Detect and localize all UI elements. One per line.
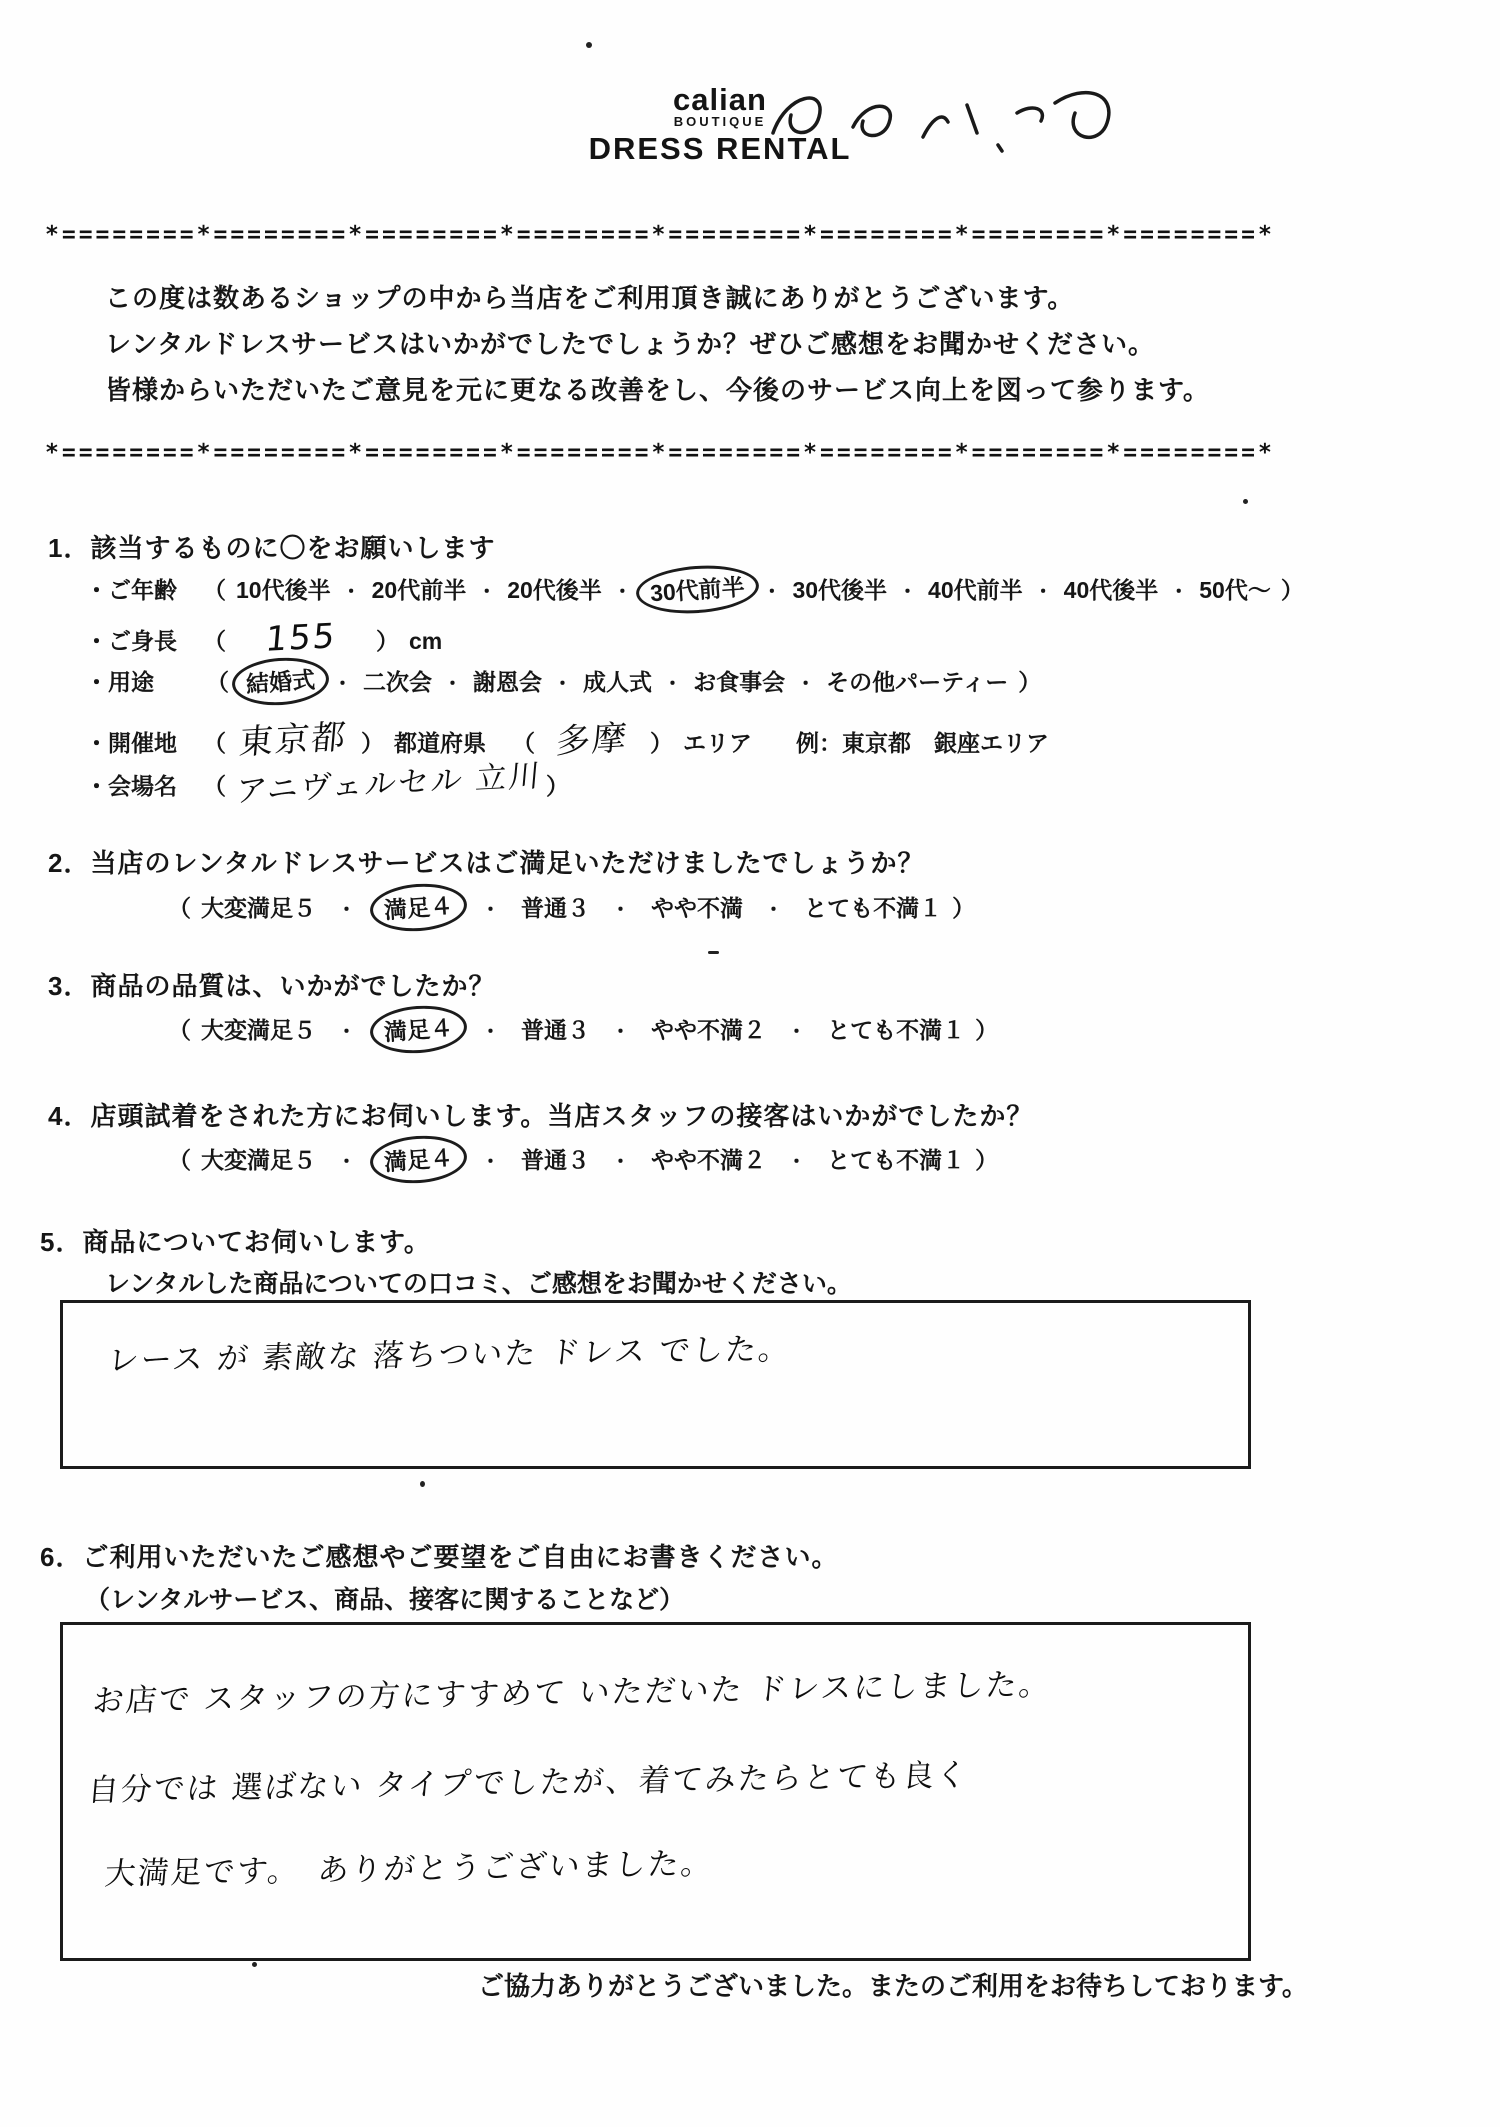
open-paren: （ [203,572,226,605]
scan-speck [252,1962,257,1967]
option-separator: ・ [1034,582,1053,603]
option-separator: ・ [337,1152,356,1173]
q3-options-row: （ 大変満足５・満足４・普通３・やや不満２・とても不満１ ） [158,1012,1008,1046]
q5-answer-handwritten: レース が 素敵な 落ちついた ドレス でした。 [106,1323,793,1380]
q4-title: 4．店頭試着をされた方にお伺いします。当店スタッフの接客はいかがでしたか？ [48,1096,1033,1133]
option-separator: ・ [333,674,352,695]
q1-height-row: ・ご身長 （ 155 ） cm [85,618,442,658]
close-paren: ） [975,1142,998,1175]
option: 謝恩会 [473,669,542,695]
q2-options-row: （ 大変満足５・満足４・普通３・やや不満・とても不満１ ） [158,890,985,924]
option: やや不満 [651,895,743,921]
option: とても不満１ [827,1017,965,1043]
option-separator: ・ [553,674,572,695]
option-separator: ・ [611,1152,630,1173]
option-separator: ・ [1169,582,1188,603]
intro-line-3: 皆様からいただいたご意見を元に更なる改善をし、今後のサービス向上を図って参ります… [105,370,1210,407]
q3-options: 大変満足５・満足４・普通３・やや不満２・とても不満１ [201,1012,965,1046]
open-paren: （ [203,768,226,801]
separator-line-top: *========*========*========*========*===… [45,222,1360,248]
height-label: ・ご身長 [85,623,177,656]
scan-speck [1243,499,1248,504]
option-separator: ・ [337,1022,356,1043]
option: とても不満１ [827,1147,965,1173]
option-separator: ・ [342,582,361,603]
close-paren: ） [650,725,673,758]
option: 20代後半 [507,577,602,603]
option-separator: ・ [477,582,496,603]
option-separator: ・ [611,1022,630,1043]
q4-options-row: （ 大変満足５・満足４・普通３・やや不満２・とても不満１ ） [158,1142,1008,1176]
q2-options: 大変満足５・満足４・普通３・やや不満・とても不満１ [201,890,942,924]
age-label: ・ご年齢 [85,572,177,605]
option-circled: 満足４ [368,1003,468,1057]
q6-answer-box: お店で スタッフの方にすすめて いただいた ドレスにしました。 自分では 選ばな… [60,1622,1251,1961]
q6-answer-line-1: お店で スタッフの方にすすめて いただいた ドレスにしました。 [91,1659,1054,1721]
option: 成人式 [583,669,652,695]
open-paren: （ [168,1012,191,1045]
open-paren: （ [203,623,226,656]
age-options: 10代後半・20代前半・20代後半・30代前半・30代後半・40代前半・40代後… [236,572,1271,606]
separator-line-bottom: *========*========*========*========*===… [45,440,1360,466]
option-separator: ・ [337,900,356,921]
q6-answer-line-2: 自分では 選ばない タイプでしたが、着てみたらとても良く [86,1749,971,1809]
option-separator: ・ [762,582,781,603]
q1-venue-row: ・会場名 （ アニヴェルセル 立川 ） [85,758,579,803]
scanned-survey-page: calian BOUTIQUE DRESS RENTAL *========*=… [0,0,1500,2127]
option: 20代前半 [372,577,467,603]
option: とても不満１ [804,895,942,921]
scan-speck [420,1481,425,1487]
q5-title: 5．商品についてお伺いします。 [40,1222,431,1259]
close-paren: ） [361,725,384,758]
option: 40代前半 [928,577,1023,603]
q2-title: 2．当店のレンタルドレスサービスはご満足いただけましたでしょうか？ [48,843,924,880]
option-separator: ・ [443,674,462,695]
q6-answer-line-3: 大満足です。 ありがとうございました。 [103,1838,716,1894]
option-separator: ・ [764,900,783,921]
option-separator: ・ [481,1152,500,1173]
close-paren: ） [952,890,975,923]
option-separator: ・ [898,582,917,603]
q1-age-row: ・ご年齢 （ 10代後半・20代前半・20代後半・30代前半・30代後半・40代… [85,572,1314,606]
option: 10代後半 [236,577,331,603]
height-unit: cm [409,628,442,655]
option-circled: 満足４ [368,881,468,935]
option-circled: 結婚式 [230,655,330,709]
q5-subtitle: レンタルした商品についての口コミ、ご感想をお聞かせください。 [105,1264,852,1300]
open-paren: （ [168,890,191,923]
option-separator: ・ [663,674,682,695]
option: 大変満足５ [201,895,316,921]
option: やや不満２ [651,1147,766,1173]
option-separator: ・ [481,1022,500,1043]
area-label: エリア [683,725,752,758]
location-label: ・開催地 [85,725,177,758]
handwritten-scribble [755,75,1125,180]
scan-speck [708,951,719,954]
close-paren: ） [546,768,569,801]
option: お食事会 [693,669,785,695]
q3-title: 3．商品の品質は、いかがでしたか？ [48,966,495,1003]
option: やや不満２ [651,1017,766,1043]
option: 二次会 [363,669,432,695]
option: 40代後半 [1064,577,1159,603]
footer-thanks: ご協力ありがとうございました。またのご利用をお待ちしております。 [478,1966,1308,2003]
prefecture-value-handwritten: 東京都 [234,709,353,764]
q1-location-row: ・開催地 （ 東京都 ） 都道府県 （ 多摩 ） エリア 例：東京都 銀座エリア [85,712,1049,761]
option: 普通３ [521,1147,590,1173]
venue-value-handwritten: アニヴェルセル 立川 [234,750,538,811]
option: 大変満足５ [201,1017,316,1043]
option-separator: ・ [611,900,630,921]
q4-options: 大変満足５・満足４・普通３・やや不満２・とても不満１ [201,1142,965,1176]
option: 大変満足５ [201,1147,316,1173]
close-paren: ） [376,623,399,656]
q1-title: 1．該当するものに〇をお願いします [48,528,495,565]
close-paren: ） [975,1012,998,1045]
venue-label: ・会場名 [85,768,177,801]
option-separator: ・ [787,1022,806,1043]
option: 普通３ [521,1017,590,1043]
option-circled: 満足４ [368,1133,468,1187]
location-example: 例：東京都 銀座エリア [796,725,1049,758]
option: 50代～ [1199,577,1271,603]
scan-speck [586,42,592,48]
option-separator: ・ [787,1152,806,1173]
option-separator: ・ [481,900,500,921]
option-circled: 30代前半 [634,562,760,617]
option: その他パーティー [826,669,1008,695]
height-value-handwritten: 155 [234,614,367,661]
close-paren: ） [1018,664,1041,697]
q6-title: 6．ご利用いただいたご感想やご要望をご自由にお書きください。 [40,1537,838,1574]
intro-line-1: この度は数あるショップの中から当店をご利用頂き誠にありがとうございます。 [105,278,1074,315]
option: 30代後半 [792,577,887,603]
purpose-label: ・用途 [85,664,154,697]
open-paren: （ [203,725,226,758]
purpose-options: 結婚式・二次会・謝恩会・成人式・お食事会・その他パーティー [239,664,1008,698]
option: 普通３ [521,895,590,921]
intro-line-2: レンタルドレスサービスはいかがでしたでしょうか？ぜひご感想をお聞かせください。 [105,324,1155,361]
q6-subtitle: （レンタルサービス、商品、接客に関することなど） [85,1580,684,1616]
area-value-handwritten: 多摩 [543,709,642,763]
option-separator: ・ [613,582,632,603]
option-separator: ・ [796,674,815,695]
q5-answer-box: レース が 素敵な 落ちついた ドレス でした。 [60,1300,1251,1469]
close-paren: ） [1281,572,1304,605]
open-paren: （ [168,1142,191,1175]
q1-purpose-row: ・用途 （ 結婚式・二次会・謝恩会・成人式・お食事会・その他パーティー ） [85,664,1051,698]
open-paren: （ [206,664,229,697]
